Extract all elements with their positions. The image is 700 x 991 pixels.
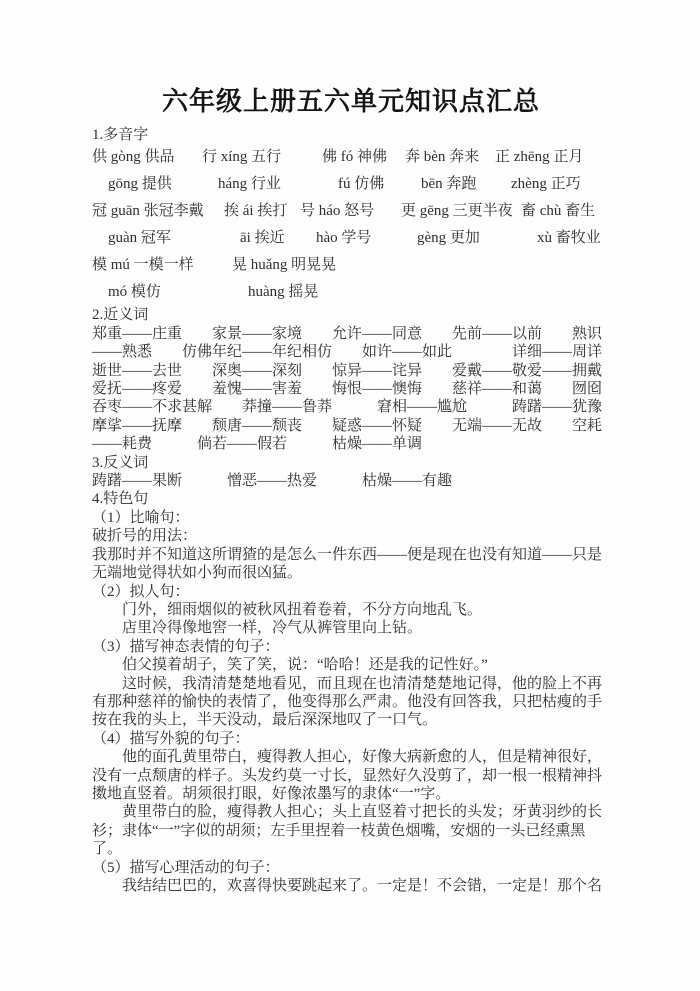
polyphone-entry: hào 学号 [300, 225, 401, 252]
text-line: 伯父摸着胡子，笑了笑，说：“哈哈！还是我的记性好。” [92, 656, 610, 674]
polyphone-entry: mó 模仿 [92, 279, 232, 306]
polyphone-entry: āi 挨近 [224, 225, 300, 252]
polyphone-row: gōng 提供 háng 行业 fú 仿佛 bēn 奔跑 zhèng 正巧 [92, 171, 610, 198]
text-line: （5）描写心理活动的句子： [92, 859, 610, 877]
text-line: 无端地觉得状如小狗而很凶猛。 [92, 564, 610, 582]
polyphone-entry: 正 zhēng 正月 [495, 144, 610, 171]
polyphone-entry: xù 畜牧业 [521, 225, 610, 252]
section-synonyms: 2.近义词 郑重——庄重 家景——家境 允许——同意 先前——以前 熟识 ——熟… [92, 306, 610, 453]
synonym-line: ——耗费 倘若——假若 枯燥——单调 [92, 435, 610, 453]
polyphone-entry: huàng 摇晃 [232, 279, 610, 306]
synonym-line: 郑重——庄重 家景——家境 允许——同意 先前——以前 熟识 [92, 325, 610, 343]
text-line: 没有一点颓唐的样子。头发约莫一寸长，显然好久没剪了，却一根一根精神抖 [92, 767, 610, 785]
text-line: 衫；隶体“一”字似的胡须；左手里捏着一枝黄色烟嘴，安烟的一头已经熏黑 [92, 822, 610, 840]
polyphone-entry: 晃 huǎng 明晃晃 [232, 252, 610, 279]
text-line: 这时候，我清清楚楚地看见，而且现在也清清楚楚地记得，他的脸上不再 [92, 675, 610, 693]
section-1-heading: 1.多音字 [92, 126, 610, 144]
polyphone-entry: 佛 fó 神佛 [322, 144, 405, 171]
text-line: 我那时并不知道这所谓猹的是怎么一件东西——便是现在也没有知道——只是 [92, 546, 610, 564]
text-line: 黄里带白的脸，瘦得教人担心；头上直竖着寸把长的头发；牙黄羽纱的长 [92, 803, 610, 821]
synonym-line: 摩挲——抚摩 颓唐——颓丧 疑惑——怀疑 无端——无故 空耗 [92, 417, 610, 435]
text-line: 擞地直竖着。胡须很打眼，好像浓墨写的隶体“一”字。 [92, 785, 610, 803]
polyphone-entry: 奔 bèn 奔来 [405, 144, 495, 171]
polyphone-entry: 供 gòng 供品 [92, 144, 202, 171]
polyphone-entry: 畜 chù 畜生 [521, 198, 610, 225]
polyphone-entry: 模 mú 一模一样 [92, 252, 232, 279]
section-feature-sentences: 4.特色句 （1）比喻句： 破折号的用法： 我那时并不知道这所谓猹的是怎么一件东… [92, 490, 610, 895]
polyphone-entry: bēn 奔跑 [405, 171, 495, 198]
polyphone-row: mó 模仿 huàng 摇晃 [92, 279, 610, 306]
text-line: （1）比喻句： [92, 509, 610, 527]
text-line: （3）描写神态表情的句子： [92, 638, 610, 656]
text-line: 他的面孔黄里带白，瘦得教人担心，好像大病新愈的人，但是精神很好， [92, 748, 610, 766]
polyphone-row: 模 mú 一模一样 晃 huǎng 明晃晃 [92, 252, 610, 279]
synonym-line: 爱抚——疼爱 羞愧——害羞 悔恨——懊悔 慈祥——和蔼 囫囵 [92, 380, 610, 398]
text-line: 门外，细雨烟似的被秋风扭着卷着，不分方向地乱飞。 [92, 601, 610, 619]
text-line: 我结结巴巴的，欢喜得快要跳起来了。一定是！不会错，一定是！那个名 [92, 877, 610, 895]
polyphone-row: guàn 冠军 āi 挨近 hào 学号 gèng 更加 xù 畜牧业 [92, 225, 610, 252]
synonym-line: ——熟悉 仿佛年纪——年纪相仿 如许——如此 详细——周详 [92, 343, 610, 361]
polyphone-entry: háng 行业 [202, 171, 322, 198]
document-title: 六年级上册五六单元知识点汇总 [92, 84, 610, 118]
text-line: 了。 [92, 840, 610, 858]
synonym-line: 吞枣——不求甚解 莽撞——鲁莽 窘相——尴尬 踌躇——犹豫 [92, 398, 610, 416]
polyphone-entry: 号 háo 怒号 [300, 198, 401, 225]
section-3-heading: 3.反义词 [92, 454, 610, 472]
polyphone-entry: 冠 guān 张冠李戴 [92, 198, 224, 225]
polyphone-entry: gōng 提供 [92, 171, 202, 198]
polyphone-entry: 行 xíng 五行 [202, 144, 322, 171]
section-antonyms: 3.反义词 踌躇——果断 憎恶——热爱 枯燥——有趣 [92, 454, 610, 491]
polyphone-row: 冠 guān 张冠李戴 挨 ái 挨打 号 háo 怒号 更 gēng 三更半夜… [92, 198, 610, 225]
polyphone-entry: guàn 冠军 [92, 225, 224, 252]
section-2-heading: 2.近义词 [92, 306, 610, 324]
text-line: （4）描写外貌的句子： [92, 730, 610, 748]
text-line: 店里冷得像地窖一样，冷气从裤管里向上钻。 [92, 619, 610, 637]
text-line: （2）拟人句： [92, 583, 610, 601]
text-line: 有那种慈祥的愉快的表情了，他变得那么严肃。他没有回答我，只把枯瘦的手 [92, 693, 610, 711]
polyphone-entry: 挨 ái 挨打 [224, 198, 300, 225]
text-line: 按在我的头上，半天没动，最后深深地叹了一口气。 [92, 711, 610, 729]
polyphone-entry: zhèng 正巧 [495, 171, 610, 198]
document-page: 六年级上册五六单元知识点汇总 1.多音字 供 gòng 供品 行 xíng 五行… [0, 0, 700, 991]
section-polyphones: 1.多音字 供 gòng 供品 行 xíng 五行 佛 fó 神佛 奔 bèn … [92, 126, 610, 306]
polyphone-entry: gèng 更加 [401, 225, 521, 252]
synonym-line: 逝世——去世 深奥——深刻 惊异——诧异 爱戴——敬爱——拥戴 [92, 362, 610, 380]
polyphone-row: 供 gòng 供品 行 xíng 五行 佛 fó 神佛 奔 bèn 奔来 正 z… [92, 144, 610, 171]
polyphone-entry: 更 gēng 三更半夜 [401, 198, 521, 225]
section-4-heading: 4.特色句 [92, 490, 610, 508]
polyphone-entry: fú 仿佛 [322, 171, 405, 198]
text-line: 破折号的用法： [92, 527, 610, 545]
antonym-line: 踌躇——果断 憎恶——热爱 枯燥——有趣 [92, 472, 610, 490]
